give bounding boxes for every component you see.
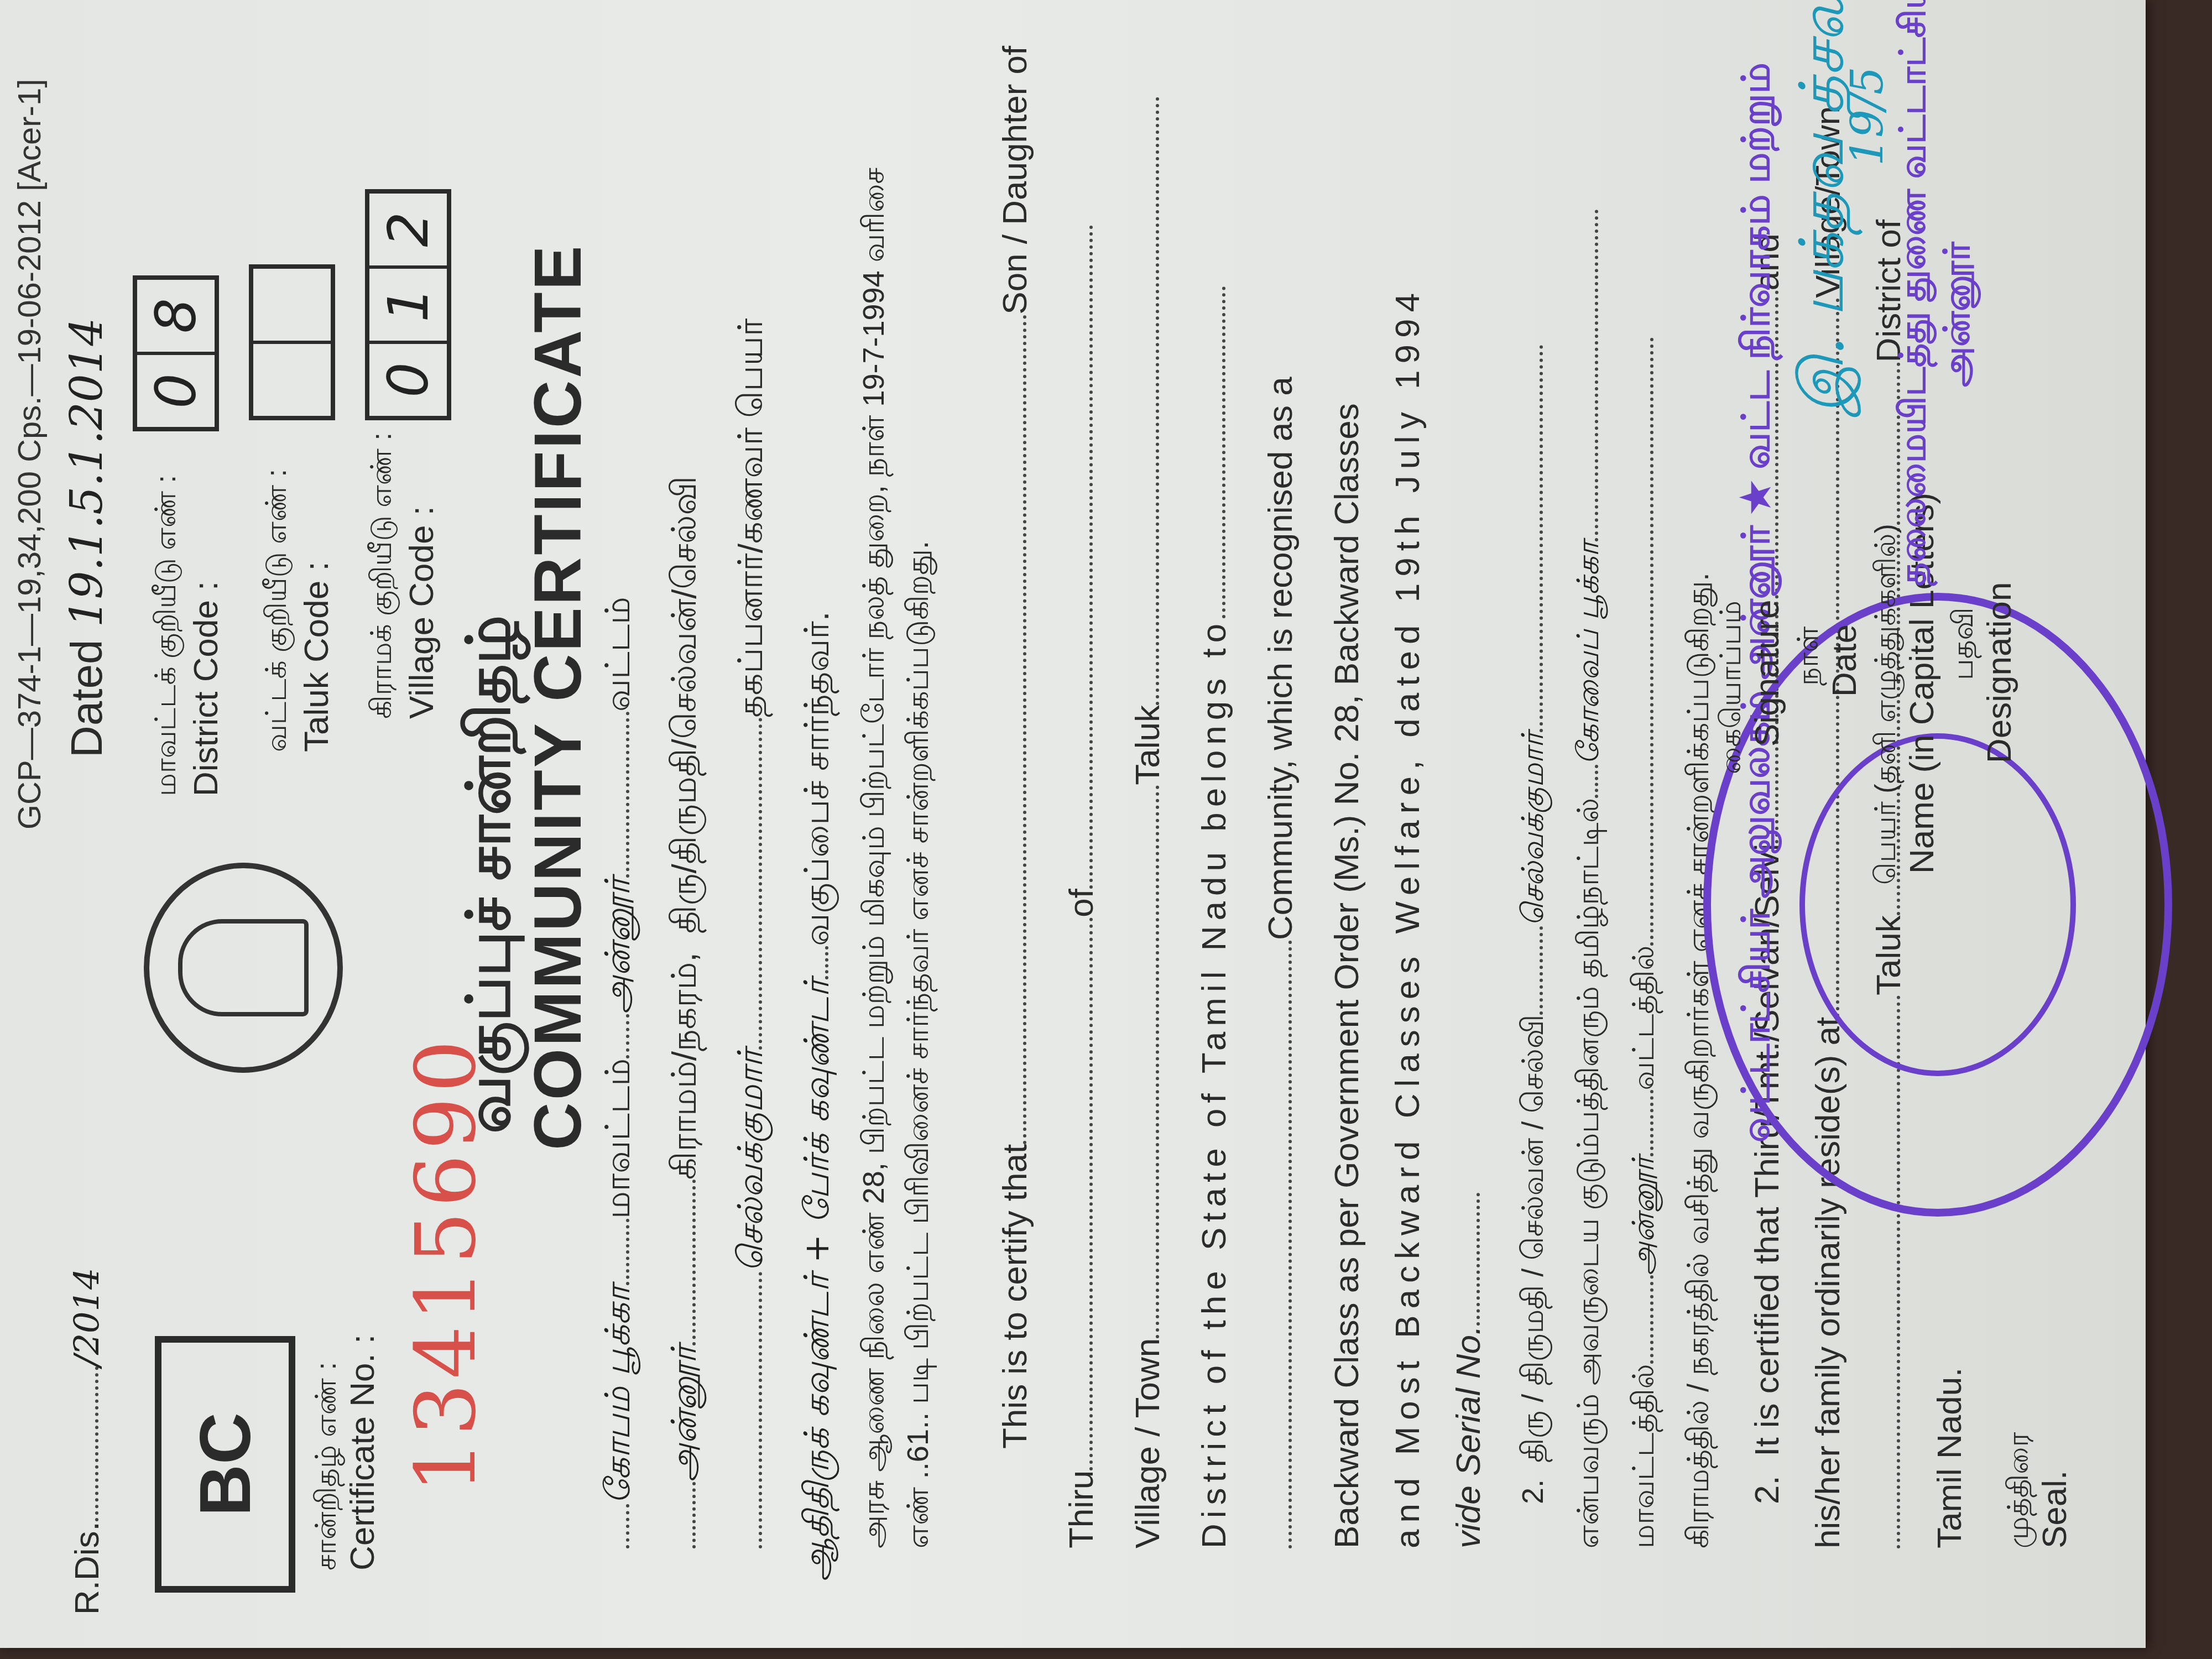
taluk-code-group: வட்டக் குறியீடு எண் : Taluk Code : [260, 469, 336, 752]
r-dis-label: R.Dis. [68, 1521, 106, 1615]
certificate-no-label-ta: சான்றிதழ் எண் : [310, 1362, 347, 1571]
form-code: GCP—374-1—19,34,200 Cps.—19-06-2012 [Ace… [11, 79, 48, 830]
date-label-en: Date [1825, 624, 1864, 697]
thiru-label: Thiru [1062, 1470, 1100, 1548]
village-handwritten: அன்னூர் [664, 1345, 704, 1482]
para2-number: 2. [1516, 1479, 1550, 1504]
tamil-line-3: செல்வக்குமார்தகப்பனார்/கணவர் பெயர் [730, 319, 775, 1548]
english-community-line: Community, which is recognised as a [1261, 377, 1300, 1548]
para2-en-number: 2. [1748, 1475, 1786, 1504]
community-label-ta: வகுப்பைச் சார்ந்தவர். [798, 612, 836, 946]
village-code-digit: 2 [369, 194, 447, 265]
village-code-label-ta: கிராமக் குறியீடு எண் : [365, 432, 402, 719]
para2-taluk-label-ta: வட்டத்தில் [1627, 946, 1660, 1091]
para2-family-ta: என்பவரும் அவருடைய குடும்பத்தினரும் தமிழ்… [1572, 798, 1605, 1548]
district-label-ta: மாவட்டம் [599, 1058, 637, 1219]
village-code-box: 0 1 2 [365, 189, 451, 420]
english-serial-line: vide Serial No. [1449, 1193, 1488, 1548]
taluk-label-ta: வட்டம் [599, 597, 637, 712]
seal-label-ta: முத்திரை [2002, 1432, 2039, 1548]
signature-date-handwritten: 19/5 [1841, 66, 1893, 166]
english-mbc-line: and Most Backward Classes Welfare, dated… [1388, 286, 1427, 1548]
para2-honorific-ta: திரு / திருமதி / செல்வன் / செல்வி [1516, 1015, 1550, 1463]
taluk-code-digit [253, 269, 331, 341]
signature-handwritten: இ. பக்தவ த்சலம் [1786, 0, 1865, 415]
tamil-go-paragraph: அரசு ஆணை நிலை எண் 28, பிற்பட்ட மற்றும் ம… [852, 111, 940, 1548]
serial-label: vide Serial No. [1449, 1326, 1488, 1548]
certificate-paper: GCP—374-1—19,34,200 Cps.—19-06-2012 [Ace… [0, 0, 2146, 1648]
signature-label-ta: கையொப்பம் [1714, 601, 1751, 774]
taluk-code-label-en: Taluk Code : [297, 469, 336, 752]
date-label-ta: நாள் [1792, 627, 1829, 686]
signature-label-en: Signature [1747, 600, 1787, 747]
taluk-code-box [249, 264, 335, 420]
village-code-label-en: Village Code : [402, 432, 441, 719]
r-dis-field: R.Dis./2014 [66, 1268, 107, 1615]
para2-ta-line-3: மாவட்டத்தில்அன்னூர்வட்டத்தில் [1626, 337, 1665, 1548]
district-code-box: 0 8 [133, 275, 219, 431]
para2-en-line-4: Tamil Nadu. [1930, 1368, 1969, 1548]
para2-name-handwritten: செல்வக்குமார் [1515, 732, 1550, 926]
tamil-line-4: ஆதிதிருக் கவுண்டர் + பேர்க் கவுண்டர்வகுப… [796, 612, 842, 1582]
para2-district-handwritten: கோவைப் பூக்கா [1571, 541, 1605, 765]
english-bc-line: Backward Class as per Government Order (… [1327, 403, 1366, 1548]
certify-label: This is to certify that [996, 1144, 1034, 1449]
district-code-digit: 8 [137, 280, 215, 352]
of-label: of [1062, 889, 1100, 917]
district-code-label-en: District Code : [186, 475, 226, 796]
certificate-no-label-en: Certificate No. : [343, 1334, 382, 1571]
honorific-options-ta: திரு/திருமதி/செல்வன்/செல்வி [665, 476, 703, 933]
taluk-code-digit [253, 341, 331, 416]
name-handwritten: செல்வக்குமார் [730, 1050, 770, 1272]
district-state-label: District of the State of Tamil Nadu belo… [1195, 618, 1233, 1548]
community-label: Community, which is recognised as a [1261, 377, 1300, 940]
dated-value: 19.1.5.1.2014 [61, 317, 112, 627]
tamil-nadu-emblem-icon [144, 863, 343, 1073]
seal-label-en: Seal. [2035, 1470, 2074, 1548]
para2-ta-line-1: 2. திரு / திருமதி / செல்வன் / செல்விசெல்… [1515, 345, 1554, 1504]
son-daughter-label: Son / Daughter of [996, 46, 1034, 315]
community-handwritten: ஆதிதிருக் கவுண்டர் + பேர்க் கவுண்டர் [796, 979, 837, 1582]
designation-stamp-line1: தலைமையிடத்து துணை வட்டாட்சியர் [1891, 0, 1939, 586]
village-code-group: கிராமக் குறியீடு எண் : Village Code : [365, 432, 441, 719]
tamil-line-1: கோபம் பூக்காமாவட்டம்அன்னூர்வட்டம் [597, 597, 643, 1548]
district-code-digit: 0 [137, 352, 215, 427]
english-village-line: Village / TownTaluk [1128, 97, 1167, 1548]
designation-label-ta: பதவி [1947, 607, 1984, 680]
village-code-digit: 1 [369, 265, 447, 341]
district-code-label-ta: மாவட்டக் குறியீடு எண் : [149, 475, 186, 796]
r-dis-value: /2014 [66, 1268, 107, 1367]
designation-label-en: Designation [1980, 582, 2019, 763]
para2-taluk-handwritten: அன்னூர் [1626, 1156, 1661, 1275]
english-thiru-line: Thiruof [1062, 225, 1101, 1548]
english-district-line: District of the State of Tamil Nadu belo… [1194, 286, 1234, 1548]
district-handwritten: கோபம் பூக்கா [597, 1285, 638, 1504]
tamil-line-2: அன்னூர்கிராமம்/நகரம், திரு/திருமதி/செல்வ… [664, 476, 709, 1548]
designation-stamp-line2: அன்னூர் [1936, 242, 1983, 387]
village-label-ta: கிராமம்/நகரம், [665, 952, 703, 1180]
dated-label: Dated [62, 640, 111, 758]
category-badge: BC [155, 1336, 295, 1593]
temple-gopuram-icon [178, 919, 309, 1016]
community-certificate: GCP—374-1—19,34,200 Cps.—19-06-2012 [Ace… [0, 0, 2146, 1659]
father-husband-label-ta: தகப்பனார்/கணவர் பெயர் [732, 319, 770, 718]
village-code-digit: 0 [369, 341, 447, 416]
taluk-code-label-ta: வட்டக் குறியீடு எண் : [260, 469, 297, 752]
taluk-handwritten: அன்னூர் [597, 878, 638, 1014]
dated-field: Dated 19.1.5.1.2014 [61, 317, 112, 758]
village-town-label: Village / Town [1129, 1338, 1167, 1548]
english-certify-line: This is to certify thatSon / Daughter of [995, 46, 1035, 1449]
para2-ta-line-2: என்பவரும் அவருடைய குடும்பத்தினரும் தமிழ்… [1571, 210, 1610, 1548]
para2-district-label-ta: மாவட்டத்தில் [1627, 1364, 1660, 1548]
title-english: COMMUNITY CERTIFICATE [520, 244, 596, 1151]
taluk-label: Taluk [1129, 705, 1167, 785]
district-code-group: மாவட்டக் குறியீடு எண் : District Code : [149, 475, 226, 796]
